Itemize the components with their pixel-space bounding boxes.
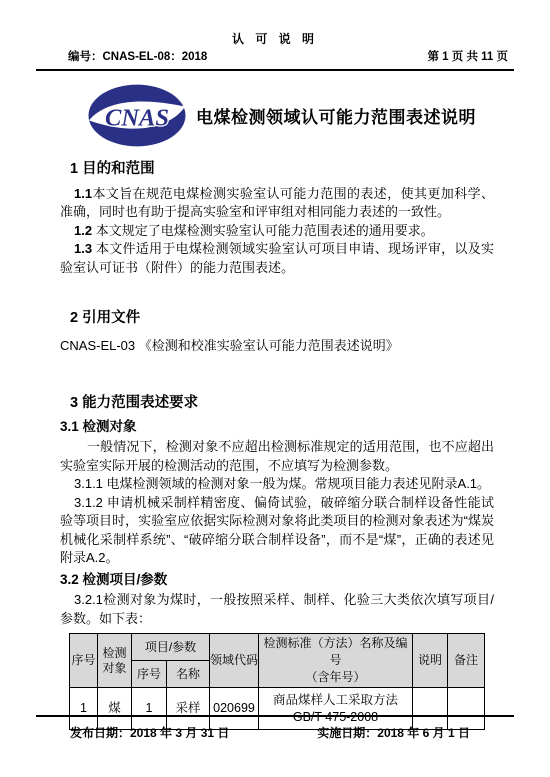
document-body: 1 目的和范围 1.1本文旨在规范电煤检测实验室认可能力范围的表述，使其更加科学… [36, 160, 514, 730]
section-3-heading: 3 能力范围表述要求 [70, 394, 494, 413]
col-item-param-group: 项目/参数 [132, 634, 210, 661]
clause-1-3-number: 1.3 [74, 241, 92, 256]
clause-3-1-2: 3.1.2 申请机械采制样精密度、偏倚试验，破碎缩分联合制样设备性能试验等项目时… [60, 494, 494, 568]
table-header: 序号 检测对象 项目/参数 领域代码 检测标准（方法）名称及编号 （含年号） 说… [70, 634, 485, 688]
clause-3-1-intro: 一般情况下，检测对象不应超出检测标准规定的适用范围，也不应超出实验室实际开展的检… [60, 438, 494, 475]
section-scope-requirements: 3 能力范围表述要求 3.1 检测对象 一般情况下，检测对象不应超出检测标准规定… [60, 394, 494, 730]
doc-number: 编号：CNAS-EL-08：2018 [68, 48, 207, 64]
clause-1-2: 1.2 本文规定了电煤检测实验室认可能力范围表述的通用要求。 [60, 222, 494, 241]
document-title: 电煤检测领域认可能力范围表述说明 [196, 103, 476, 128]
masthead: CNAS 电煤检测领域认可能力范围表述说明 [88, 84, 514, 147]
section-purpose-scope: 1 目的和范围 1.1本文旨在规范电煤检测实验室认可能力范围的表述，使其更加科学… [60, 160, 494, 277]
col-param-seq: 序号 [132, 661, 167, 688]
clause-1-2-number: 1.2 [74, 223, 92, 238]
implement-date: 实施日期：2018 年 6 月 1 日 [317, 724, 470, 741]
clause-1-2-text: 本文规定了电煤检测实验室认可能力范围表述的通用要求。 [92, 223, 434, 238]
publish-date: 发布日期：2018 年 3 月 31 日 [70, 724, 229, 741]
section-3-1-heading: 3.1 检测对象 [60, 418, 494, 437]
col-remark: 备注 [448, 634, 485, 688]
col-field-code: 领域代码 [210, 634, 259, 688]
clause-3-1-1: 3.1.1 电煤检测领域的检测对象一般为煤。常规项目能力表述见附录A.1。 [60, 475, 494, 494]
section-2-heading: 2 引用文件 [70, 309, 494, 328]
page-number: 第 1 页 共 11 页 [427, 48, 508, 64]
cell-standard-line1: 商品煤样人工采取方法 [259, 692, 412, 709]
section-references: 2 引用文件 CNAS-EL-03 《检测和校准实验室认可能力范围表述说明》 [60, 309, 494, 355]
clause-1-1: 1.1本文旨在规范电煤检测实验室认可能力范围的表述，使其更加科学、准确，同时也有… [60, 185, 494, 222]
col-note: 说明 [413, 634, 448, 688]
reference-item: CNAS-EL-03 《检测和校准实验室认可能力范围表述说明》 [60, 337, 494, 356]
clause-3-2-1: 3.2.1检测对象为煤时，一般按照采样、制样、化验三大类依次填写项目/参数。如下… [60, 591, 494, 628]
document-page: 认 可 说 明 编号：CNAS-EL-08：2018 第 1 页 共 11 页 … [0, 0, 550, 777]
page-footer: 发布日期：2018 年 3 月 31 日 实施日期：2018 年 6 月 1 日 [36, 715, 514, 741]
col-standard-line1: 检测标准（方法）名称及编号 [259, 635, 412, 669]
col-standard-line2: （含年号） [259, 669, 412, 686]
col-test-object: 检测对象 [98, 634, 132, 688]
clause-1-1-text: 本文旨在规范电煤检测实验室认可能力范围的表述，使其更加科学、准确，同时也有助于提… [60, 186, 494, 220]
doc-type-label: 认 可 说 明 [36, 30, 514, 47]
clause-1-3-text: 本文件适用于电煤检测领域实验室认可项目申请、现场评审，以及实验室认可证书（附件）… [60, 241, 494, 275]
clause-1-3: 1.3 本文件适用于电煤检测领域实验室认可项目申请、现场评审，以及实验室认可证书… [60, 240, 494, 277]
col-seq: 序号 [70, 634, 98, 688]
header-meta-row: 编号：CNAS-EL-08：2018 第 1 页 共 11 页 [36, 48, 514, 71]
clause-1-1-number: 1.1 [74, 186, 92, 201]
col-standard: 检测标准（方法）名称及编号 （含年号） [259, 634, 413, 688]
cnas-logo-text: CNAS [105, 104, 169, 131]
section-1-heading: 1 目的和范围 [70, 160, 494, 179]
page-header: 认 可 说 明 编号：CNAS-EL-08：2018 第 1 页 共 11 页 [36, 30, 514, 71]
col-param-name: 名称 [167, 661, 210, 688]
section-3-2-heading: 3.2 检测项目/参数 [60, 571, 494, 590]
cnas-logo-icon: CNAS [88, 84, 186, 147]
